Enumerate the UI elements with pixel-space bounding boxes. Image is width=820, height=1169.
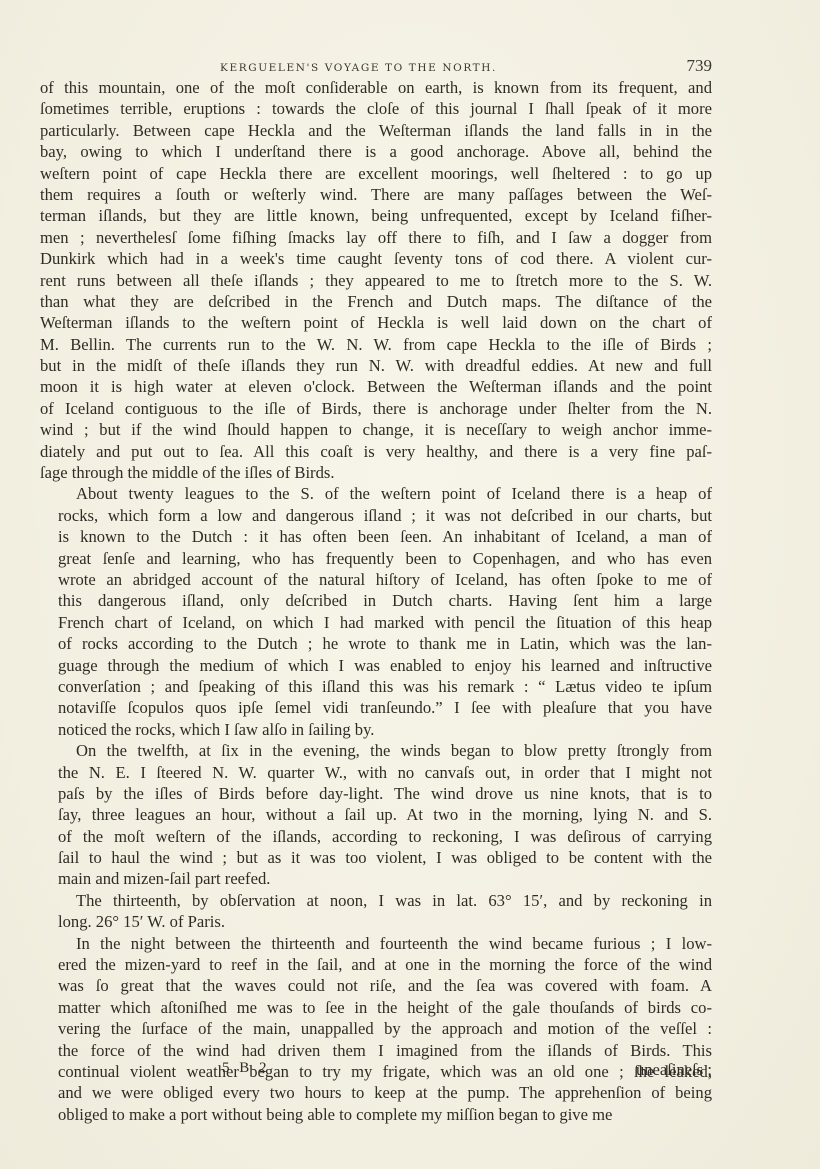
text-line: guage through the medium of which I was … — [40, 655, 712, 676]
text-line: About twenty leagues to the S. of the we… — [40, 483, 712, 504]
text-line: Dunkirk which had in a week's time caugh… — [40, 248, 712, 269]
text-line: of this mountain, one of the moſt conſid… — [40, 77, 712, 98]
text-line: but in the midſt of theſe iſlands they r… — [40, 355, 712, 376]
paragraph: of this mountain, one of the moſt conſid… — [40, 77, 712, 483]
text-line: noticed the rocks, which I ſaw alſo in ſ… — [40, 719, 712, 740]
text-line: matter which aſtoniſhed me was to ſee in… — [40, 997, 712, 1018]
text-line: obliged to make a port without being abl… — [40, 1104, 712, 1125]
text-line: On the twelfth, at ſix in the evening, t… — [40, 740, 712, 761]
text-line: ſometimes terrible, eruptions : towards … — [40, 98, 712, 119]
text-line: converſation ; and ſpeaking of this iſla… — [40, 676, 712, 697]
book-page: Kerguelen's Voyage to the North. 739 of … — [0, 0, 820, 1169]
text-line: terman iſlands, but they are little know… — [40, 205, 712, 226]
text-line: them requires a ſouth or weſterly wind. … — [40, 184, 712, 205]
text-line: of rocks according to the Dutch ; he wro… — [40, 633, 712, 654]
text-line: wind ; but if the wind ſhould happen to … — [40, 419, 712, 440]
text-line: ſail to haul the wind ; but as it was to… — [40, 847, 712, 868]
text-line: diately and put out to ſea. All this coa… — [40, 441, 712, 462]
text-line: ered the mizen-yard to reef in the ſail,… — [40, 954, 712, 975]
text-line: ſage through the middle of the iſles of … — [40, 462, 712, 483]
text-line: great ſenſe and learning, who has freque… — [40, 548, 712, 569]
text-line: than what they are deſcribed in the Fren… — [40, 291, 712, 312]
text-line: the force of the wind had driven them I … — [40, 1040, 712, 1061]
text-line: was ſo great that the waves could not ri… — [40, 975, 712, 996]
text-line: M. Bellin. The currents run to the W. N.… — [40, 334, 712, 355]
paragraph: In the night between the thirteenth and … — [40, 933, 712, 1126]
text-line: is known to the Dutch : it has often bee… — [40, 526, 712, 547]
paragraph: The thirteenth, by obſervation at noon, … — [40, 890, 712, 933]
text-line: men ; neverthelesſ ſome fiſhing ſmacks l… — [40, 227, 712, 248]
text-line: wrote an abridged account of the natural… — [40, 569, 712, 590]
text-line: ſay, three leagues an hour, without a ſa… — [40, 804, 712, 825]
text-line: long. 26° 15′ W. of Paris. — [40, 911, 712, 932]
text-line: French chart of Iceland, on which I had … — [40, 612, 712, 633]
body-text: of this mountain, one of the moſt conſid… — [40, 77, 712, 1125]
paragraph: On the twelfth, at ſix in the evening, t… — [40, 740, 712, 890]
page-footer: 5 B 2 uneaſineſs ; — [40, 1060, 712, 1084]
text-line: the N. E. I ſteered N. W. quarter W., wi… — [40, 762, 712, 783]
text-line: rent runs between all theſe iſlands ; th… — [40, 270, 712, 291]
text-line: paſs by the iſles of Birds before day-li… — [40, 783, 712, 804]
text-line: vering the ſurface of the main, unappall… — [40, 1018, 712, 1039]
text-line: moon it is high water at eleven o'clock.… — [40, 376, 712, 397]
catchword: uneaſineſs ; — [636, 1060, 712, 1080]
text-line: Weſterman iſlands to the weſtern point o… — [40, 312, 712, 333]
paragraph: About twenty leagues to the S. of the we… — [40, 483, 712, 740]
text-line: particularly. Between cape Heckla and th… — [40, 120, 712, 141]
text-line: main and mizen-ſail part reefed. — [40, 868, 712, 889]
signature-mark: 5 B 2 — [222, 1060, 270, 1077]
text-line: this dangerous iſland, only deſcribed in… — [40, 590, 712, 611]
text-line: rocks, which form a low and dangerous iſ… — [40, 505, 712, 526]
text-line: of the moſt weſtern of the iſlands, acco… — [40, 826, 712, 847]
text-line: bay, owing to which I underſtand there i… — [40, 141, 712, 162]
running-title: Kerguelen's Voyage to the North. — [220, 62, 497, 74]
text-line: notaviſſe ſcopulos quos ipſe ſemel vidi … — [40, 697, 712, 718]
text-line: The thirteenth, by obſervation at noon, … — [40, 890, 712, 911]
text-line: and we were obliged every two hours to k… — [40, 1082, 712, 1103]
text-line: of Iceland contiguous to the iſle of Bir… — [40, 398, 712, 419]
text-line: weſtern point of cape Heckla there are e… — [40, 163, 712, 184]
text-line: In the night between the thirteenth and … — [40, 933, 712, 954]
page-number: 739 — [687, 56, 713, 76]
